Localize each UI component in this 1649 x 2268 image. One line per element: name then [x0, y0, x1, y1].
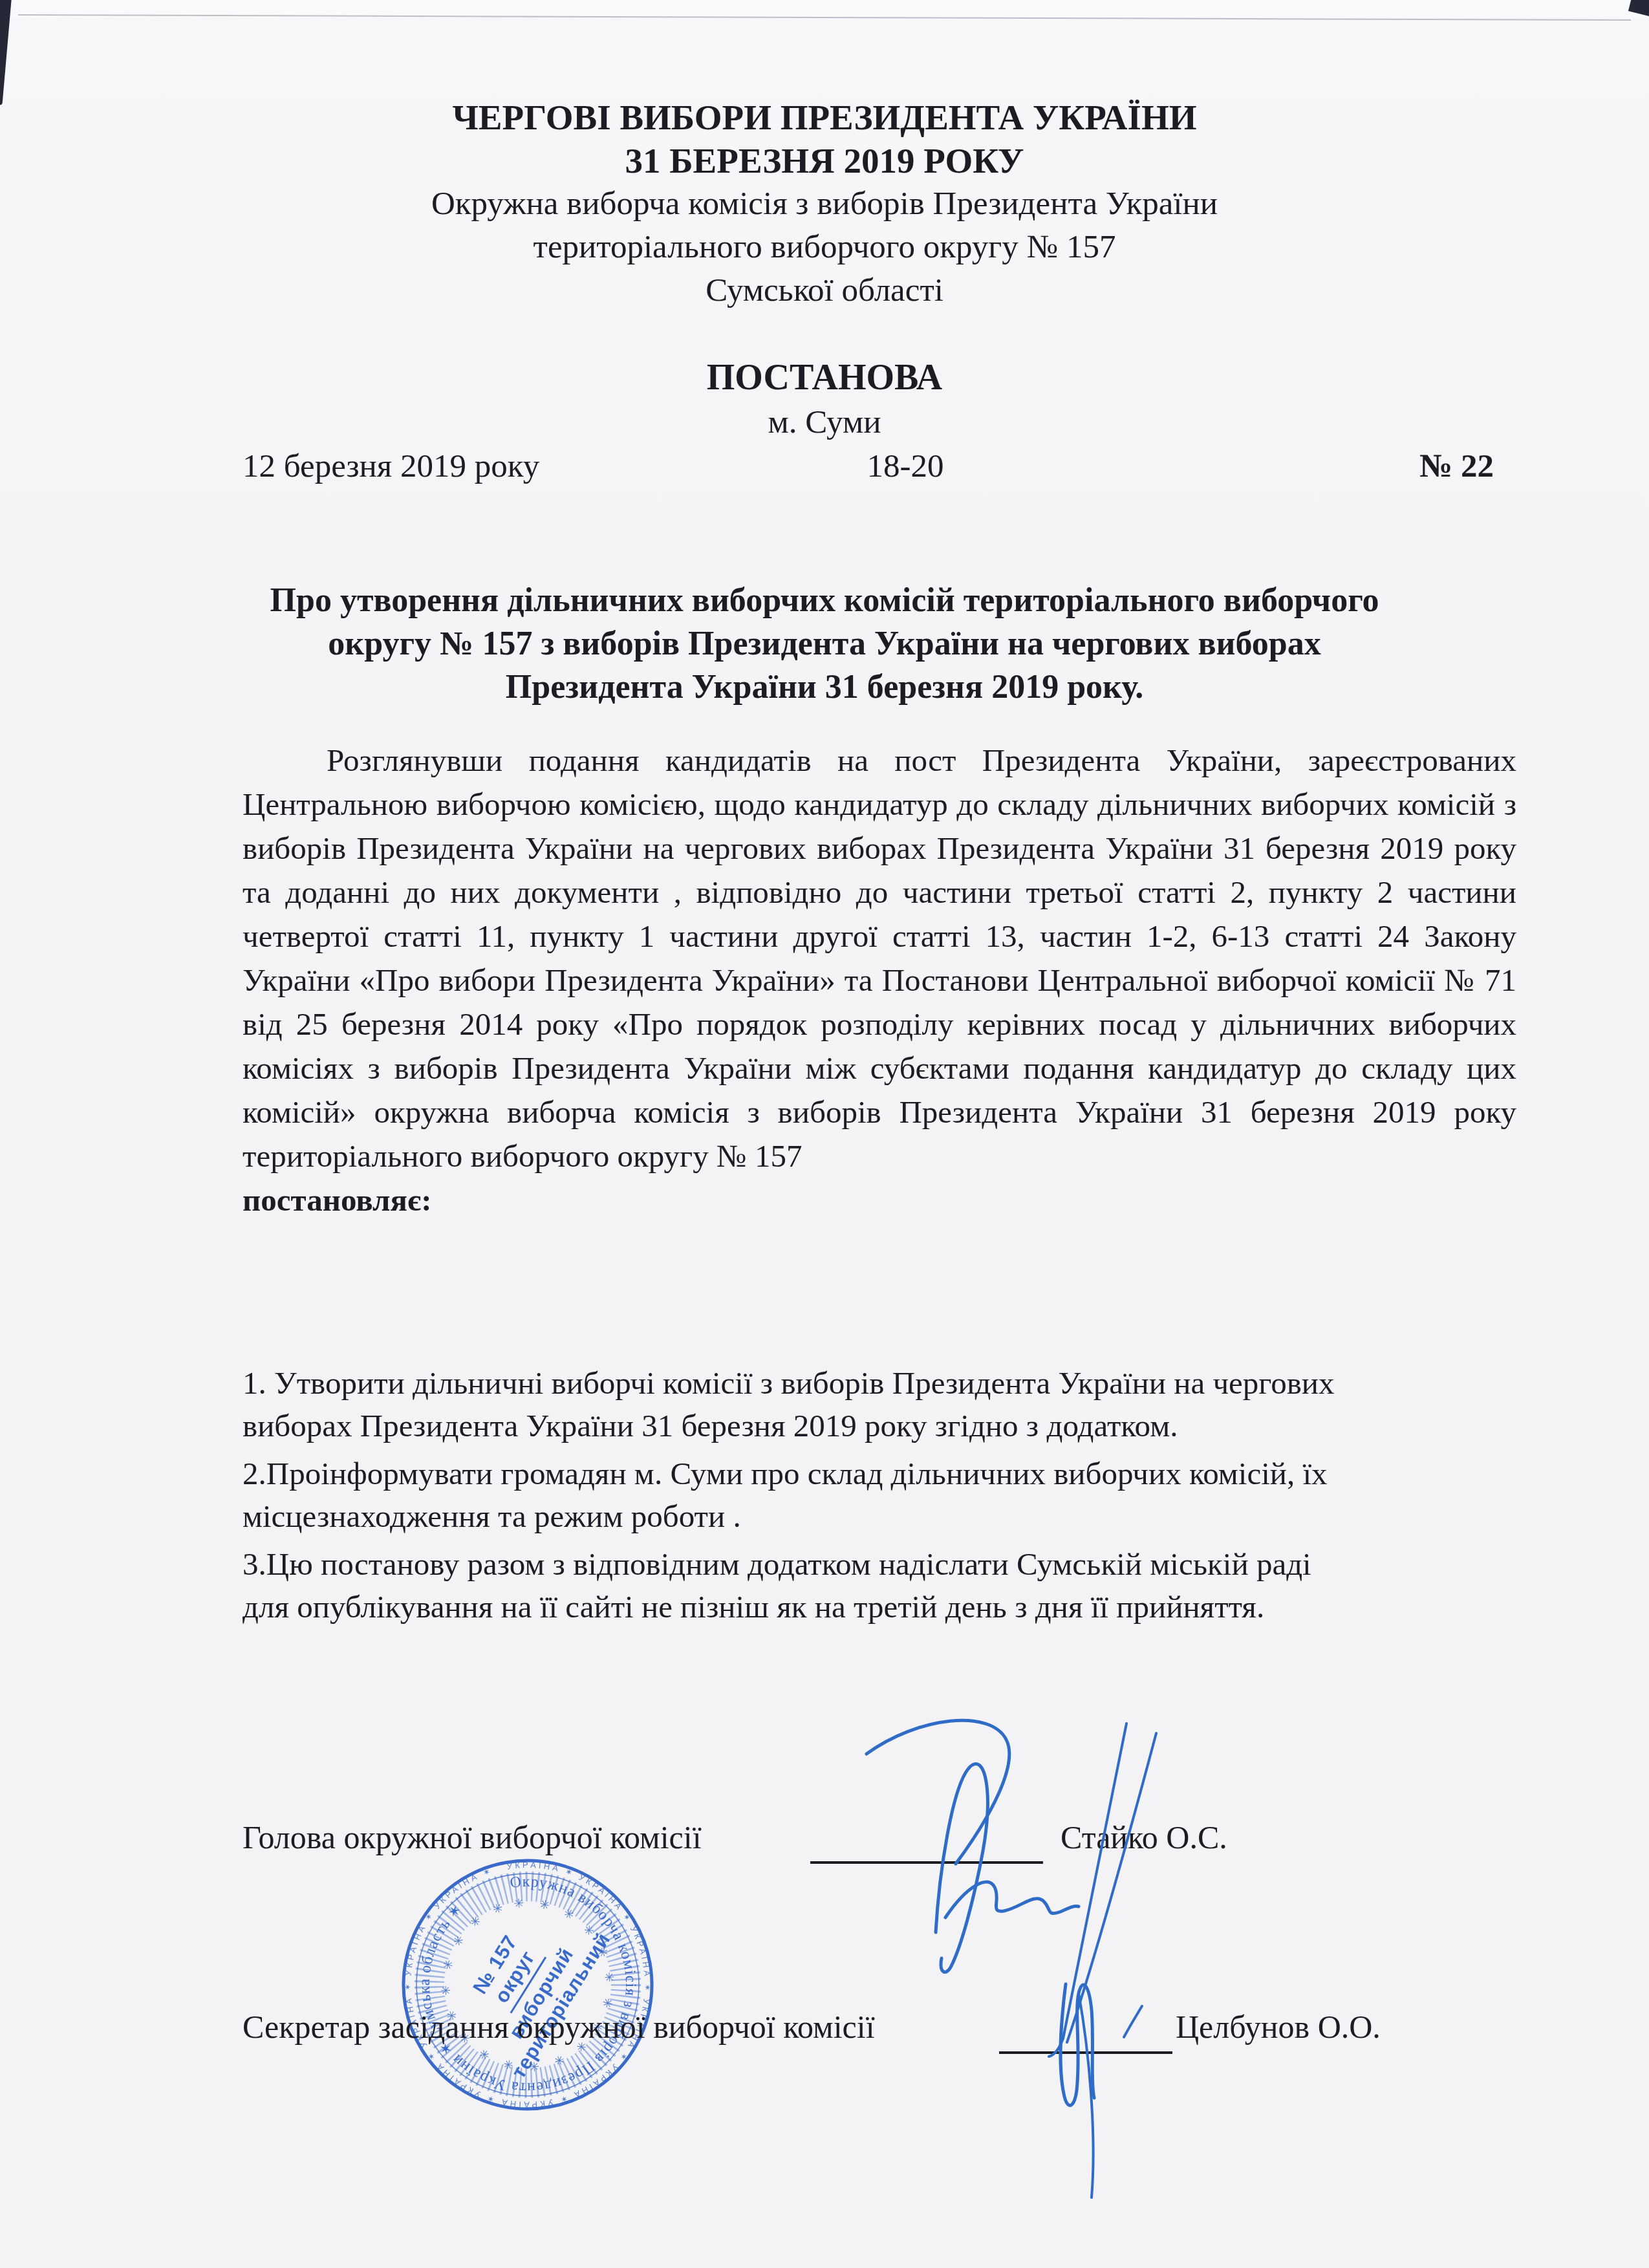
- head-signature-line: [810, 1861, 1043, 1864]
- header-line-commission: Окружна виборча комісія з виборів Презид…: [0, 182, 1649, 226]
- secretary-signature-name: Целбунов О.О.: [1176, 2008, 1381, 2046]
- head-signature-ink: [867, 1720, 1156, 2057]
- date-number-row: 12 березня 2019 року 18-20 № 22: [0, 448, 1649, 493]
- resolution-body: Розглянувши подання кандидатів на пост П…: [242, 739, 1516, 1222]
- header-line-date: 31 БЕРЕЗНЯ 2019 РОКУ: [0, 139, 1649, 182]
- resolves-word: постановляє:: [242, 1178, 1516, 1222]
- resolution-item-3: 3.Цю постанову разом з відповідним додат…: [242, 1543, 1355, 1628]
- resolution-item-2: 2.Проінформувати громадян м. Суми про ск…: [242, 1453, 1355, 1538]
- secretary-signature-line: [999, 2051, 1172, 2054]
- header-line-region: Сумської області: [0, 269, 1649, 312]
- subject-line-1: Про утворення дільничних виборчих комісі…: [178, 579, 1471, 622]
- resolution-item-1: 1. Утворити дільничні виборчі комісії з …: [242, 1362, 1355, 1447]
- resolution-subject: Про утворення дільничних виборчих комісі…: [178, 579, 1471, 709]
- body-paragraph: Розглянувши подання кандидатів на пост П…: [242, 742, 1516, 1174]
- document-number: № 22: [1419, 448, 1494, 485]
- head-signature-role: Голова окружної виборчої комісії: [242, 1819, 702, 1856]
- subject-line-2: округу № 157 з виборів Президента Україн…: [178, 622, 1471, 665]
- subject-line-3: Президента України 31 березня 2019 року.: [178, 665, 1471, 709]
- document-header: ЧЕРГОВІ ВИБОРИ ПРЕЗИДЕНТА УКРАЇНИ 31 БЕР…: [0, 96, 1649, 312]
- header-line-election: ЧЕРГОВІ ВИБОРИ ПРЕЗИДЕНТА УКРАЇНИ: [0, 96, 1649, 139]
- secretary-signature-role: Секретар засідання окружної виборчої ком…: [242, 2008, 875, 2046]
- header-line-district: територіального виборчого округу № 157: [0, 226, 1649, 269]
- scanned-document-page: УКРАЇНА ✶ УКРАЇНА ✶ УКРАЇНА ✶ УКРАЇНА ✶ …: [0, 0, 1649, 2268]
- document-city: м. Суми: [0, 404, 1649, 441]
- resolution-items: 1. Утворити дільничні виборчі комісії з …: [242, 1362, 1355, 1634]
- document-date: 12 березня 2019 року: [242, 448, 539, 485]
- document-type-title: ПОСТАНОВА: [0, 357, 1649, 398]
- head-signature-name: Стайко О.С.: [1061, 1819, 1227, 1856]
- secretary-signature-ink: [1061, 1984, 1142, 2198]
- official-round-stamp: УКРАЇНА ✶ УКРАЇНА ✶ УКРАЇНА ✶ УКРАЇНА ✶ …: [398, 1855, 658, 2115]
- document-time: 18-20: [841, 448, 970, 485]
